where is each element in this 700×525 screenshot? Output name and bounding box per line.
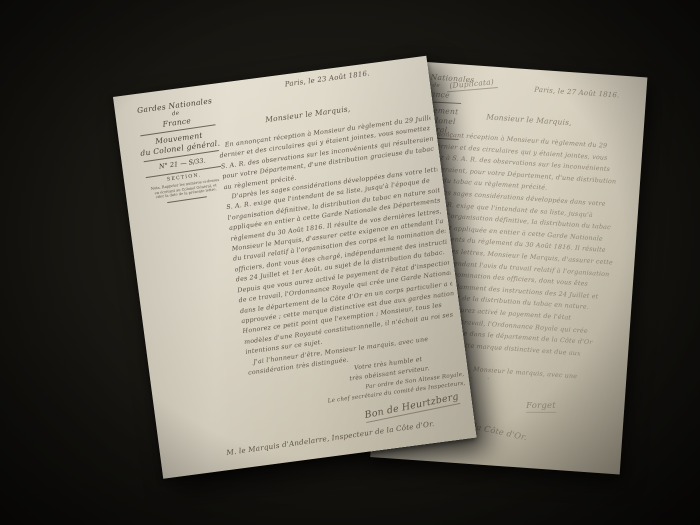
letter-sheet-original: Gardes Nationales de France Mouvement du…: [113, 56, 477, 479]
salutation: Monsieur le Marquis,: [486, 112, 572, 127]
letter-body: En annonçant réception à Monsieur du règ…: [218, 114, 462, 382]
photo-background: Gardes Nationales de France Mouvement du…: [0, 0, 700, 525]
signature: Forget: [526, 401, 556, 413]
dateline: Paris, le 23 Août 1816.: [284, 69, 370, 88]
salutation: Monsieur le Marquis,: [265, 104, 351, 124]
dateline: Paris, le 27 Août 1816.: [534, 86, 620, 100]
